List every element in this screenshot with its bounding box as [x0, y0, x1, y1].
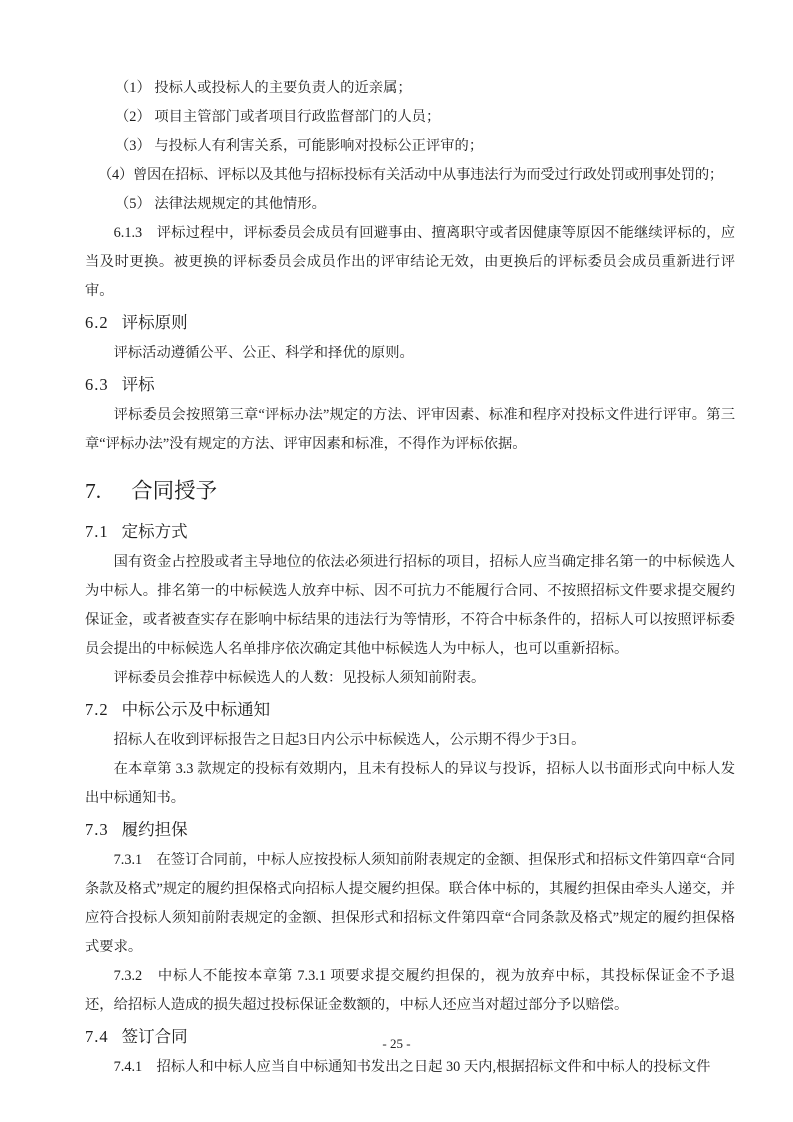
- section-heading: 7.2中标公示及中标通知: [85, 695, 735, 725]
- heading-title: 定标方式: [122, 522, 188, 541]
- section-heading: 6.2评标原则: [85, 308, 735, 338]
- paragraph: 国有资金占控股或者主导地位的依法必须进行招标的项目，招标人应当确定排名第一的中标…: [85, 548, 735, 664]
- heading-title: 中标公示及中标通知: [122, 700, 271, 719]
- heading-title: 履约担保: [122, 820, 188, 839]
- section-heading: 7.1定标方式: [85, 517, 735, 547]
- page-body: （1） 投标人或投标人的主要负责人的近亲属；（2） 项目主管部门或者项目行政监督…: [85, 74, 735, 1082]
- heading-number: 7.3: [85, 820, 109, 839]
- list-item: （4）曾因在招标、评标以及其他与招标投标有关活动中从事违法行为而受过行政处罚或刑…: [85, 161, 735, 190]
- paragraph: 6.1.3 评标过程中，评标委员会成员有回避事由、擅离职守或者因健康等原因不能继…: [85, 219, 735, 306]
- paragraph: 评标活动遵循公平、公正、科学和择优的原则。: [85, 339, 735, 368]
- heading-title: 合同授予: [131, 479, 217, 503]
- paragraph: 7.4.1 招标人和中标人应当自中标通知书发出之日起 30 天内,根据招标文件和…: [85, 1053, 735, 1082]
- list-item: （1） 投标人或投标人的主要负责人的近亲属；: [85, 74, 735, 103]
- heading-number: 6.2: [85, 313, 109, 332]
- paragraph: 在本章第 3.3 款规定的投标有效期内，且未有投标人的异议与投诉，招标人以书面形…: [85, 755, 735, 813]
- heading-number: 7.2: [85, 700, 109, 719]
- chapter-heading: 7.合同授予: [85, 469, 735, 513]
- paragraph: 招标人在收到评标报告之日起3日内公示中标候选人，公示期不得少于3日。: [85, 726, 735, 755]
- heading-number: 7.: [85, 479, 101, 503]
- paragraph: 7.3.1 在签订合同前，中标人应按投标人须知前附表规定的金额、担保形式和招标文…: [85, 846, 735, 962]
- list-item: （3） 与投标人有利害关系，可能影响对投标公正评审的；: [85, 132, 735, 161]
- section-heading: 6.3评标: [85, 370, 735, 400]
- heading-title: 评标原则: [122, 313, 188, 332]
- heading-number: 6.3: [85, 375, 109, 394]
- heading-title: 评标: [122, 375, 155, 394]
- paragraph: 评标委员会推荐中标候选人的人数：见投标人须知前附表。: [85, 664, 735, 693]
- heading-number: 7.1: [85, 522, 109, 541]
- paragraph: 评标委员会按照第三章“评标办法”规定的方法、评审因素、标准和程序对投标文件进行评…: [85, 401, 735, 459]
- list-item: （2） 项目主管部门或者项目行政监督部门的人员；: [85, 103, 735, 132]
- section-heading: 7.3履约担保: [85, 815, 735, 845]
- paragraph: 7.3.2 中标人不能按本章第 7.3.1 项要求提交履约担保的，视为放弃中标，…: [85, 962, 735, 1020]
- page-number: - 25 -: [0, 1034, 793, 1054]
- document-page: （1） 投标人或投标人的主要负责人的近亲属；（2） 项目主管部门或者项目行政监督…: [0, 0, 793, 1122]
- list-item: （5） 法律法规规定的其他情形。: [85, 190, 735, 219]
